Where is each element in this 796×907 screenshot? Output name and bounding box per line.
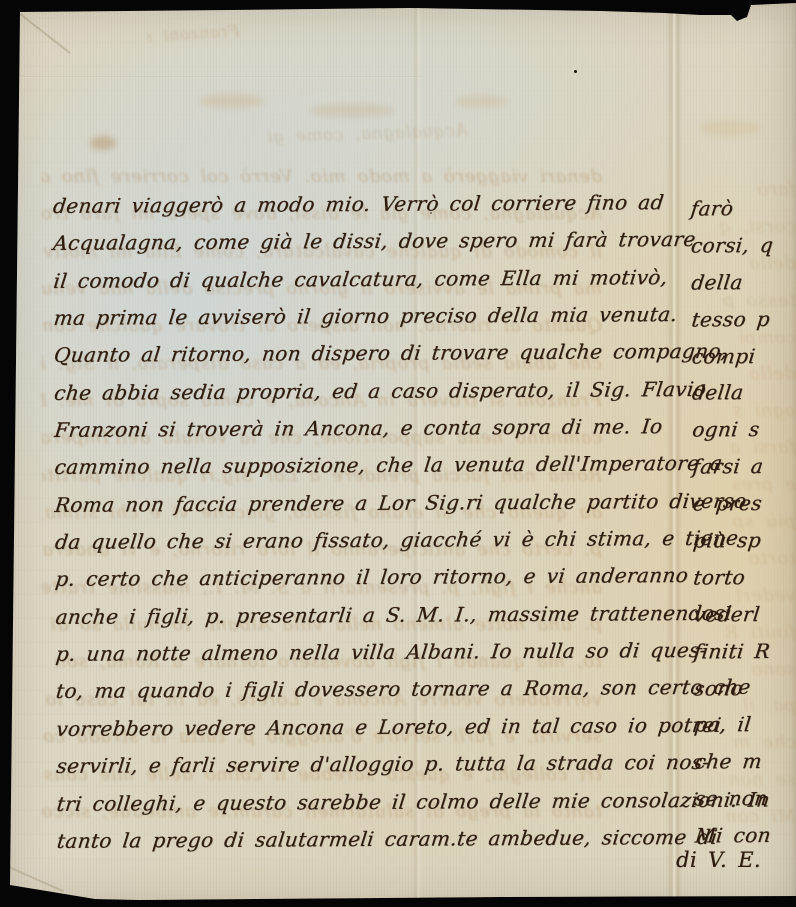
- manuscript-line: Acqualagna, come già le dissi, dove sper…: [51, 221, 667, 262]
- manuscript-line: ma prima le avviserò il giorno preciso d…: [52, 296, 668, 337]
- manuscript-line: tri colleghi, e questo sarebbe il colmo …: [55, 782, 671, 823]
- manuscript-line: p. una notte almeno nella villa Albani. …: [54, 632, 670, 673]
- closing-formula: di V. E.: [676, 848, 796, 872]
- manuscript-line: Roma non faccia prendere a Lor Sig.ri qu…: [53, 483, 669, 524]
- manuscript-line-fragment: ogni s: [690, 411, 796, 449]
- manuscript-line-fragment: se non: [693, 780, 796, 818]
- manuscript-line-fragment: compi: [690, 337, 796, 375]
- manuscript-line: da quello che si erano fissato, giacché …: [53, 520, 669, 561]
- paper-stain: [200, 94, 264, 108]
- manuscript-line: Franzoni si troverà in Ancona, e conta s…: [52, 408, 668, 449]
- manuscript-line: vorrebbero vedere Ancona e Loreto, ed in…: [54, 707, 670, 748]
- paper-stain: [455, 96, 507, 107]
- left-page-handwritten-text: denari viaggerò a modo mio. Verrò col co…: [53, 184, 669, 860]
- manuscript-line: Quanto al ritorno, non dispero di trovar…: [52, 333, 668, 374]
- paper-stain: [310, 104, 394, 117]
- bleedthrough-fragment: Franzoni si troverà in Ancona, e conta s…: [147, 21, 241, 57]
- manuscript-line: p. certo che anticiperanno il loro ritor…: [53, 558, 669, 599]
- scanner-background: Franzoni si troverà in Ancona, e conta s…: [0, 0, 796, 907]
- manuscript-line: denari viaggerò a modo mio. Verrò col co…: [51, 184, 667, 225]
- ink-speck: [574, 70, 577, 73]
- manuscript-line-fragment: corsi, q: [689, 226, 796, 264]
- manuscript-line-fragment: finiti R: [692, 632, 796, 670]
- bleedthrough-fragment: Acqualagna, come già le dissi, dove sper…: [267, 121, 468, 162]
- manuscript-line-fragment: farsi a: [690, 448, 796, 486]
- facing-page-edge-text: faròcorsi, qdellatesso pcompidellaogni s…: [691, 190, 796, 855]
- paper-stain: [90, 136, 116, 150]
- manuscript-line: cammino nella supposizione, che la venut…: [52, 446, 668, 487]
- manuscript-line: servirli, e farli servire d'alloggio p. …: [54, 744, 670, 785]
- manuscript-line-fragment: sono: [692, 669, 796, 707]
- manuscript-line: il comodo di qualche cavalcatura, come E…: [51, 259, 667, 300]
- manuscript-line-fragment: farò: [689, 190, 796, 228]
- horizontal-crease: [18, 76, 423, 78]
- manuscript-line-fragment: vederl: [692, 595, 796, 633]
- manuscript-line-fragment: e pres: [691, 485, 796, 523]
- manuscript-line-fragment: della: [689, 263, 796, 301]
- manuscript-line: anche i figli, p. presentarli a S. M. I.…: [53, 595, 669, 636]
- manuscript-line-fragment: torto: [691, 558, 796, 596]
- manuscript-line: che abbia sedia propria, ed a caso dispe…: [52, 371, 668, 412]
- paper-stain: [700, 120, 760, 136]
- manuscript-line: tanto la prego di salutarmeli caram.te a…: [55, 819, 671, 860]
- letter-paper-sheet: Franzoni si troverà in Ancona, e conta s…: [0, 0, 796, 907]
- corner-crease: [13, 8, 71, 54]
- manuscript-line: to, ma quando i figli dovessero tornare …: [54, 670, 670, 711]
- manuscript-line-fragment: della: [690, 374, 796, 412]
- manuscript-line-fragment: che m: [693, 743, 796, 781]
- manuscript-line-fragment: pa, il: [692, 706, 796, 744]
- manuscript-line-fragment: tesso p: [689, 300, 796, 338]
- manuscript-line-fragment: più sp: [691, 522, 796, 560]
- bottom-left-crease: [0, 862, 64, 892]
